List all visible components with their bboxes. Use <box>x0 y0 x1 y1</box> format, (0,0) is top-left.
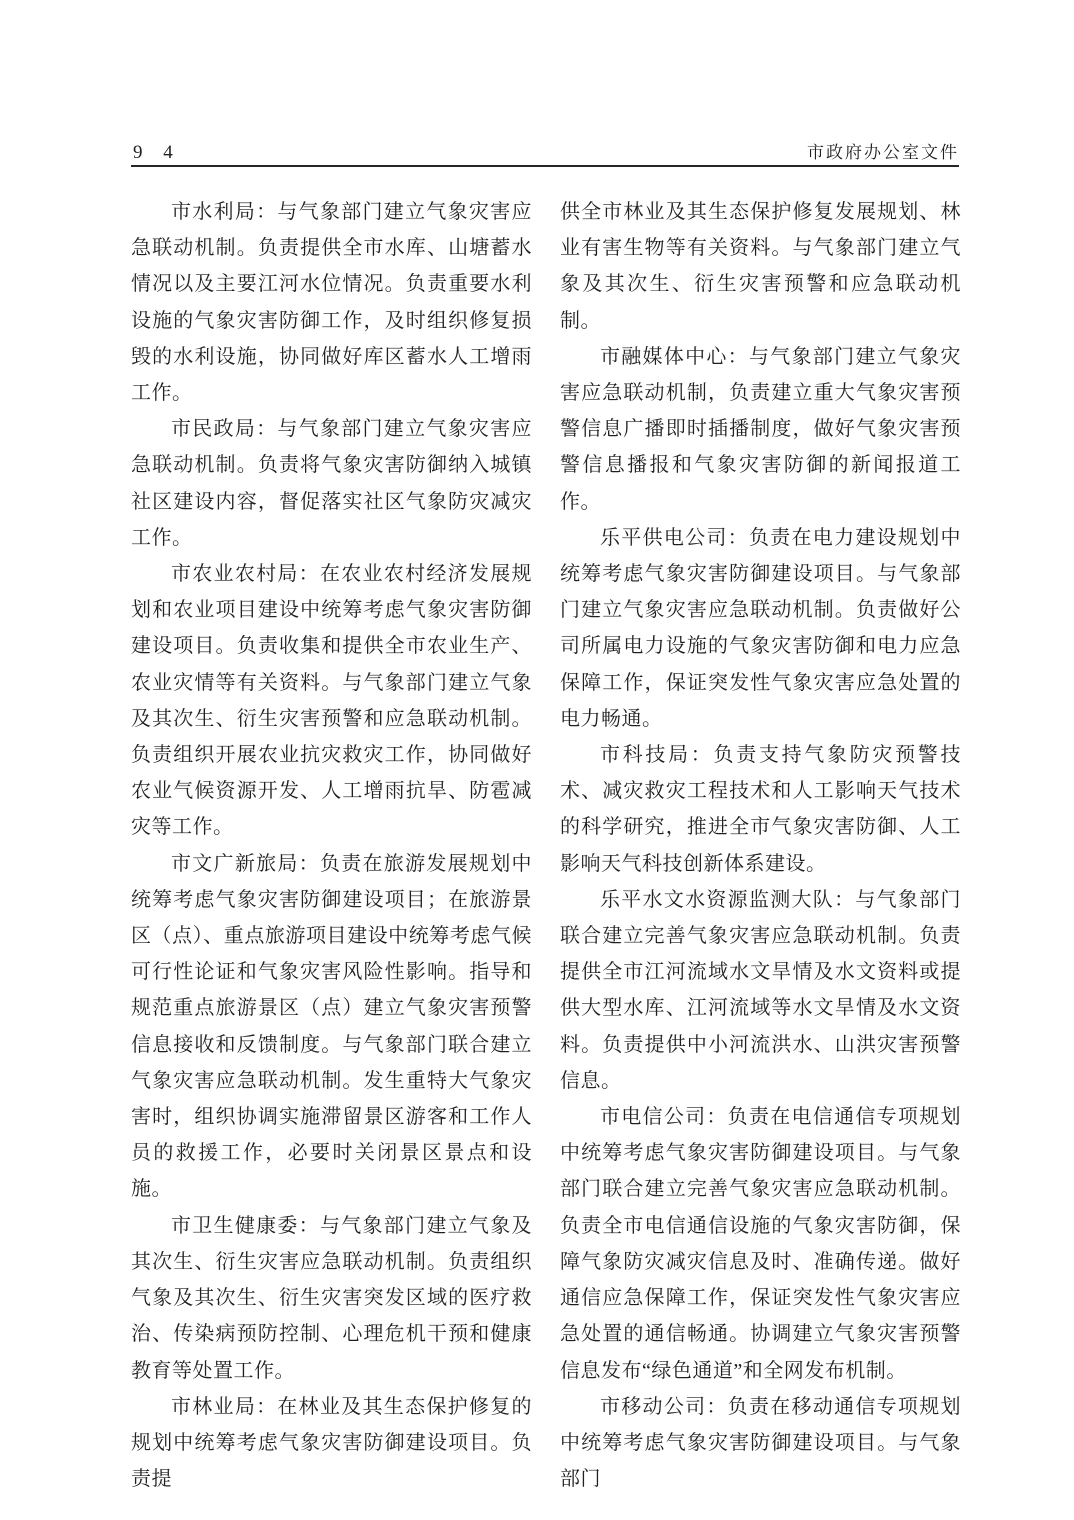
para-civil-affairs-bureau: 市民政局：与气象部门建立气象灾害应急联动机制。负责将气象灾害防御纳入城镇社区建设… <box>131 411 532 556</box>
para-forestry-bureau-continued: 供全市林业及其生态保护修复发展规划、林业有害生物等有关资料。与气象部门建立气象及… <box>560 194 961 339</box>
para-media-center: 市融媒体中心：与气象部门建立气象灾害应急联动机制，负责建立重大气象灾害预警信息广… <box>560 339 961 520</box>
header-divider-line <box>131 165 959 167</box>
para-agriculture-rural-bureau: 市农业农村局：在农业农村经济发展规划和农业项目建设中统筹考虑气象灾害防御建设项目… <box>131 556 532 846</box>
para-hydrology-monitoring-team: 乐平水文水资源监测大队：与气象部门联合建立完善气象灾害应急联动机制。负责提供全市… <box>560 882 961 1099</box>
page-number: 9 4 <box>133 143 181 164</box>
two-column-body: 市水利局：与气象部门建立气象灾害应急联动机制。负责提供全市水库、山塘蓄水情况以及… <box>131 194 961 1497</box>
para-science-tech-bureau: 市科技局：负责支持气象防灾预警技术、减灾救灾工程技术和人工影响天气技术的科学研究… <box>560 737 961 882</box>
para-forestry-bureau: 市林业局：在林业及其生态保护修复的规划中统筹考虑气象灾害防御建设项目。负责提 <box>131 1389 532 1498</box>
para-telecom-company: 市电信公司：负责在电信通信专项规划中统筹考虑气象灾害防御建设项目。与气象部门联合… <box>560 1099 961 1389</box>
left-column: 市水利局：与气象部门建立气象灾害应急联动机制。负责提供全市水库、山塘蓄水情况以及… <box>131 194 532 1497</box>
para-power-supply-company: 乐平供电公司：负责在电力建设规划中统筹考虑气象灾害防御建设项目。与气象部门建立气… <box>560 520 961 737</box>
para-health-commission: 市卫生健康委：与气象部门建立气象及其次生、衍生灾害应急联动机制。负责组织气象及其… <box>131 1208 532 1389</box>
document-page: 9 4 市政府办公室文件 市水利局：与气象部门建立气象灾害应急联动机制。负责提供… <box>0 0 1074 1520</box>
right-column: 供全市林业及其生态保护修复发展规划、林业有害生物等有关资料。与气象部门建立气象及… <box>560 194 961 1497</box>
para-culture-tourism-bureau: 市文广新旅局：负责在旅游发展规划中统筹考虑气象灾害防御建设项目；在旅游景区（点）… <box>131 846 532 1208</box>
header-doc-label: 市政府办公室文件 <box>807 144 959 164</box>
para-water-resources-bureau: 市水利局：与气象部门建立气象灾害应急联动机制。负责提供全市水库、山塘蓄水情况以及… <box>131 194 532 411</box>
para-mobile-company: 市移动公司：负责在移动通信专项规划中统筹考虑气象灾害防御建设项目。与气象部门 <box>560 1389 961 1498</box>
page-header: 9 4 市政府办公室文件 <box>133 136 959 164</box>
